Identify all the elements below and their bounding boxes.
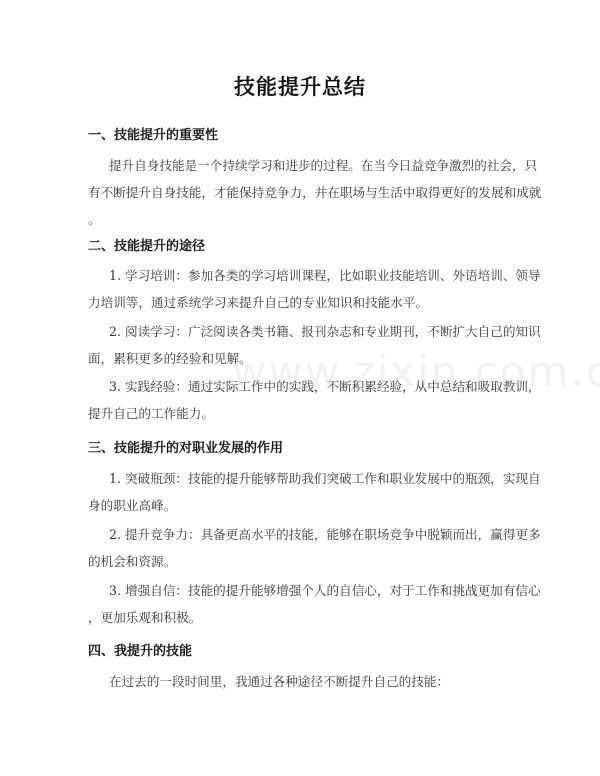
text-line: 提升自身技能是一个持续学习和进步的过程。在当今日益竞争激烈的社会，只 <box>88 152 524 179</box>
section-heading-methods: 二、技能提升的途径 <box>88 235 205 254</box>
text-line: 面，累积更多的经验和见解。 <box>88 345 524 372</box>
text-line: ，更加乐观和积极。 <box>88 604 524 631</box>
text-line: 身的职业高峰。 <box>88 492 524 519</box>
text-line: 力培训等，通过系统学习来提升自己的专业知识和技能水平。 <box>88 289 524 316</box>
text-line: 2. 提升竞争力：具备更高水平的技能，能够在职场竞争中脱颖而出，赢得更多 <box>88 521 524 548</box>
text-line: 提升自己的工作能力。 <box>88 400 524 427</box>
section-heading-my-skills: 四、我提升的技能 <box>88 640 192 659</box>
text-line: 在过去的一段时间里，我通过各种途径不断提升自己的技能： <box>88 668 524 695</box>
paragraph-method-1: 1. 学习培训：参加各类的学习培训课程，比如职业技能培训、外语培训、领导 力培训… <box>88 262 524 316</box>
document-title: 技能提升总结 <box>0 71 600 101</box>
text-line: 3. 实践经验：通过实际工作中的实践，不断积累经验，从中总结和吸取教训， <box>88 373 524 400</box>
text-line: 。 <box>88 206 524 233</box>
section-heading-importance: 一、技能提升的重要性 <box>88 124 218 143</box>
text-line: 1. 学习培训：参加各类的学习培训课程，比如职业技能培训、外语培训、领导 <box>88 262 524 289</box>
text-line: 1. 突破瓶颈：技能的提升能够帮助我们突破工作和职业发展中的瓶颈，实现自 <box>88 465 524 492</box>
paragraph-method-3: 3. 实践经验：通过实际工作中的实践，不断积累经验，从中总结和吸取教训， 提升自… <box>88 373 524 427</box>
text-line: 3. 增强自信：技能的提升能够增强个人的自信心，对于工作和挑战更加有信心 <box>88 577 524 604</box>
paragraph-my-skills: 在过去的一段时间里，我通过各种途径不断提升自己的技能： <box>88 668 524 695</box>
document-page: 技能提升总结 一、技能提升的重要性 提升自身技能是一个持续学习和进步的过程。在当… <box>0 0 600 776</box>
text-line: 的机会和资源。 <box>88 548 524 575</box>
text-line: 有不断提升自身技能，才能保持竞争力，并在职场与生活中取得更好的发展和成就 <box>88 179 524 206</box>
paragraph-impact-2: 2. 提升竞争力：具备更高水平的技能，能够在职场竞争中脱颖而出，赢得更多 的机会… <box>88 521 524 575</box>
text-line: 2. 阅读学习：广泛阅读各类书籍、报刊杂志和专业期刊，不断扩大自己的知识 <box>88 318 524 345</box>
paragraph-importance: 提升自身技能是一个持续学习和进步的过程。在当今日益竞争激烈的社会，只 有不断提升… <box>88 152 524 233</box>
paragraph-method-2: 2. 阅读学习：广泛阅读各类书籍、报刊杂志和专业期刊，不断扩大自己的知识 面，累… <box>88 318 524 372</box>
section-heading-career-impact: 三、技能提升的对职业发展的作用 <box>88 437 283 456</box>
paragraph-impact-1: 1. 突破瓶颈：技能的提升能够帮助我们突破工作和职业发展中的瓶颈，实现自 身的职… <box>88 465 524 519</box>
paragraph-impact-3: 3. 增强自信：技能的提升能够增强个人的自信心，对于工作和挑战更加有信心 ，更加… <box>88 577 524 631</box>
